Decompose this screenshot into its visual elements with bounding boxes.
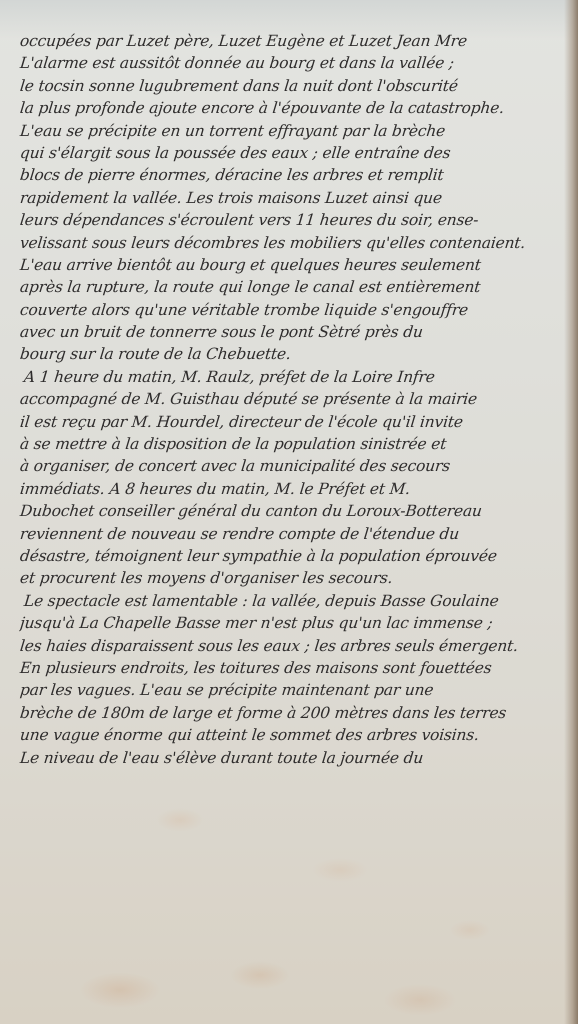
manuscript-page: occupées par Luzet père, Luzet Eugène et… [0,0,578,1024]
paragraph-start-line: A 1 heure du matin, M. Raulz, préfet de … [19,366,569,388]
text-line: il est reçu par M. Hourdel, directeur de… [19,411,569,433]
text-line: Dubochet conseiller général du canton du… [19,500,569,522]
text-line: L'eau se précipite en un torrent effraya… [19,120,569,142]
text-line: le tocsin sonne lugubrement dans la nuit… [19,75,569,97]
text-line: et procurent les moyens d'organiser les … [19,567,569,589]
text-line: couverte alors qu'une véritable trombe l… [19,299,569,321]
text-line: L'alarme est aussitôt donnée au bourg et… [19,52,569,74]
text-line: à organiser, de concert avec la municipa… [19,455,569,477]
text-line: une vague énorme qui atteint le sommet d… [19,724,569,746]
text-line: à se mettre à la disposition de la popul… [19,433,569,455]
text-line: jusqu'à La Chapelle Basse mer n'est plus… [19,612,569,634]
paragraph-start-line: Le spectacle est lamentable : la vallée,… [19,590,569,612]
text-line: par les vagues. L'eau se précipite maint… [19,679,569,701]
text-line: Le niveau de l'eau s'élève durant toute … [19,747,569,769]
text-line: blocs de pierre énormes, déracine les ar… [19,164,569,186]
text-line: L'eau arrive bientôt au bourg et quelque… [19,254,569,276]
text-line: velissant sous leurs décombres les mobil… [19,232,569,254]
text-line: rapidement la vallée. Les trois maisons … [19,187,569,209]
text-line: avec un bruit de tonnerre sous le pont S… [19,321,569,343]
text-line: qui s'élargit sous la poussée des eaux ;… [19,142,569,164]
text-line: brèche de 180m de large et forme à 200 m… [19,702,569,724]
text-line: accompagné de M. Guisthau député se prés… [19,388,569,410]
text-line: les haies disparaissent sous les eaux ; … [19,635,569,657]
text-line: leurs dépendances s'écroulent vers 11 he… [19,209,569,231]
handwritten-text-block: occupées par Luzet père, Luzet Eugène et… [20,30,568,769]
text-line: immédiats. A 8 heures du matin, M. le Pr… [19,478,569,500]
text-line: la plus profonde ajoute encore à l'épouv… [19,97,569,119]
text-line: occupées par Luzet père, Luzet Eugène et… [19,30,569,52]
text-line: après la rupture, la route qui longe le … [19,276,569,298]
text-line: bourg sur la route de la Chebuette. [19,343,569,365]
page-edge-shadow [564,0,578,1024]
text-line: reviennent de nouveau se rendre compte d… [19,523,569,545]
text-line: désastre, témoignent leur sympathie à la… [19,545,569,567]
text-line: En plusieurs endroits, les toitures des … [19,657,569,679]
